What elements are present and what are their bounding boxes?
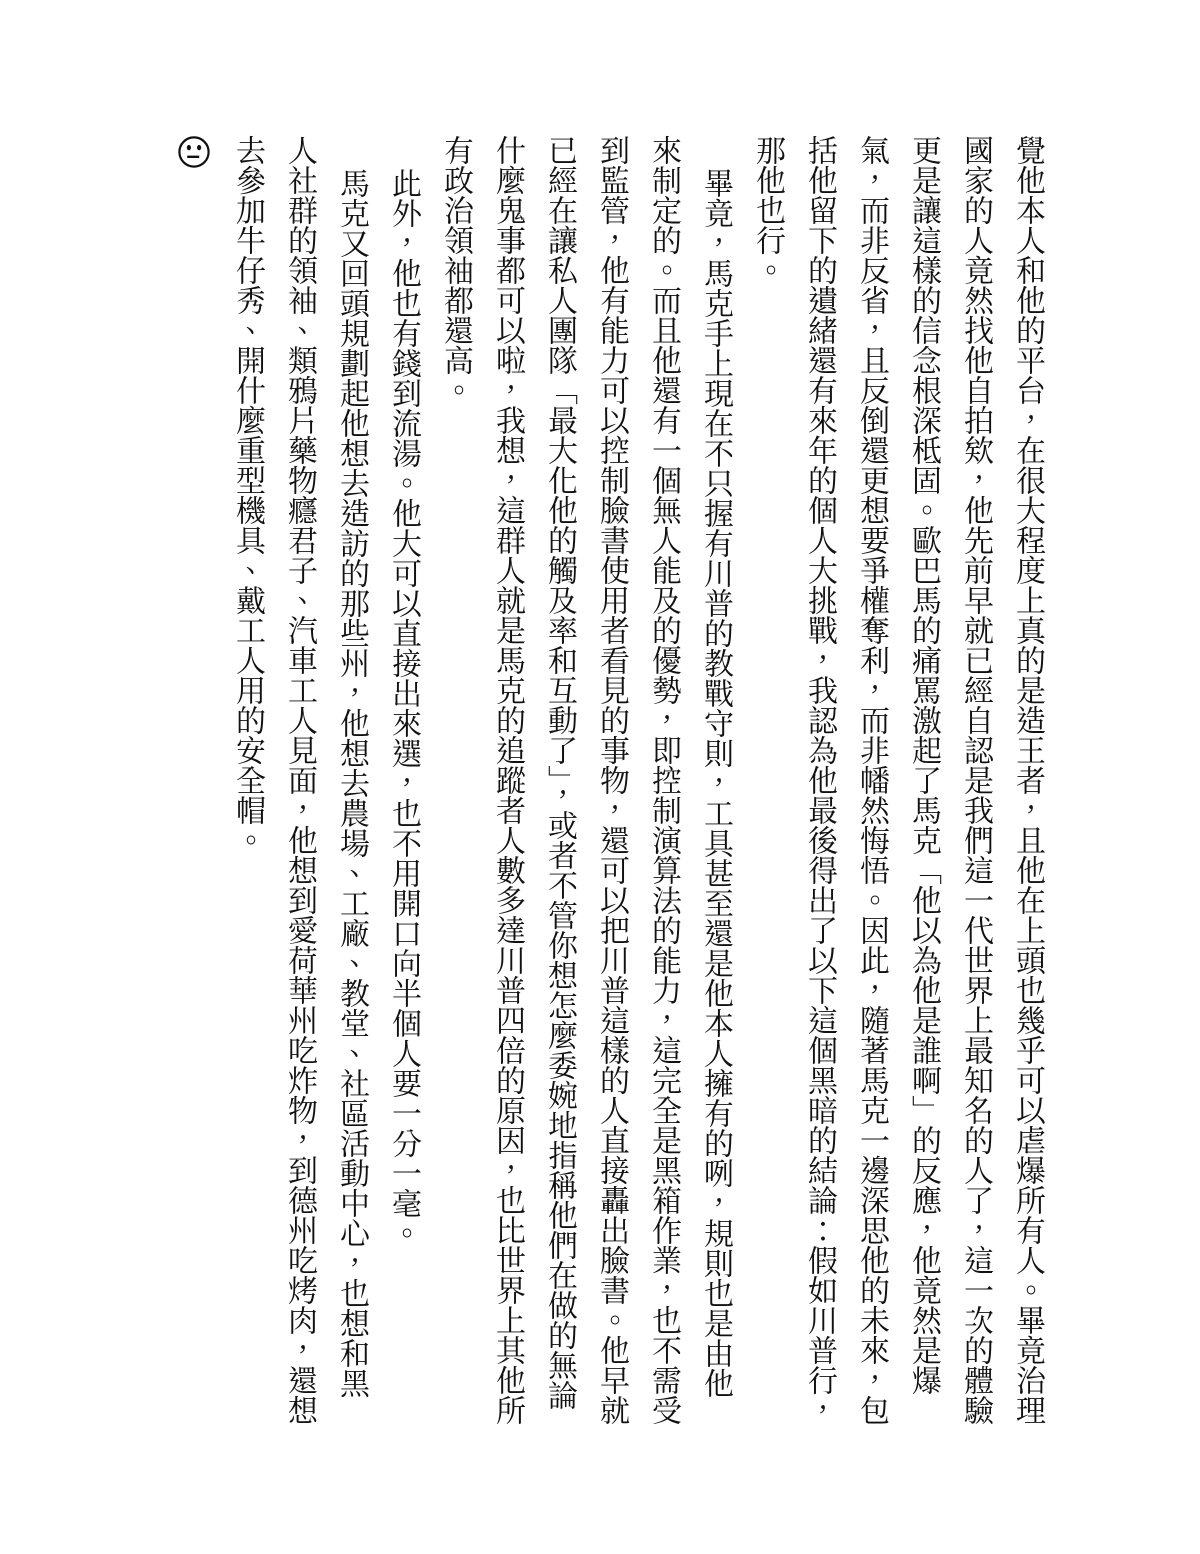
paragraph-continuation: 覺他本人和他的平台，在很大程度上真的是造王者，且他在上頭也幾乎可以虐爆所有人。畢… bbox=[741, 135, 1053, 1427]
emoji-paragraph bbox=[169, 135, 221, 1427]
paragraph: 畢竟，馬克手上現在不只握有川普的教戰守則，工具甚至還是他本人擁有的咧，規則也是由… bbox=[429, 135, 741, 1427]
page-text-block: 覺他本人和他的平台，在很大程度上真的是造王者，且他在上頭也幾乎可以虐爆所有人。畢… bbox=[169, 135, 1053, 1427]
expressionless-face-icon bbox=[186, 135, 220, 169]
paragraph: 此外，他也有錢到流湯。他大可以直接出來選，也不用開口向半個人要一分一毫。 bbox=[377, 135, 429, 1427]
book-page: 覺他本人和他的平台，在很大程度上真的是造王者，且他在上頭也幾乎可以虐爆所有人。畢… bbox=[0, 0, 1200, 1554]
paragraph: 馬克又回頭規劃起他想去造訪的那些州，他想去農場、工廠、教堂、社區活動中心，也想和… bbox=[221, 135, 377, 1427]
